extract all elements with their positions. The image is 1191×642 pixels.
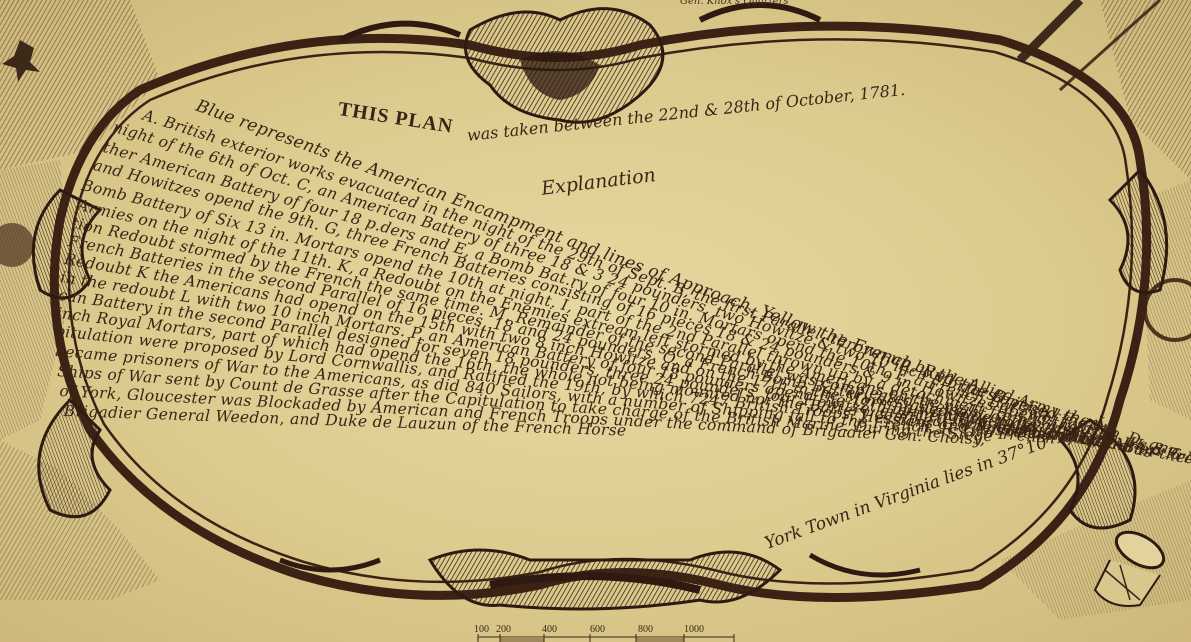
explanation-heading: Explanation: [540, 164, 657, 200]
scale-tick: 100: [474, 624, 489, 635]
scale-tick: 400: [542, 624, 557, 635]
plan-title: THIS PLAN: [336, 98, 454, 139]
map-cartouche: Gen. Knox's Quarters THIS PLAN was taken…: [0, 0, 1191, 642]
scale-tick: 200: [496, 624, 511, 635]
cartouche-text: THIS PLAN was taken between the 22nd & 2…: [0, 0, 1191, 642]
plan-date: was taken between the 22nd & 28th of Oct…: [466, 80, 906, 145]
scale-tick: 600: [590, 624, 605, 635]
scale-tick: 800: [638, 624, 653, 635]
scale-bar: 100 200 400 600 800 1000: [474, 624, 734, 642]
scale-tick: 1000: [684, 624, 704, 635]
